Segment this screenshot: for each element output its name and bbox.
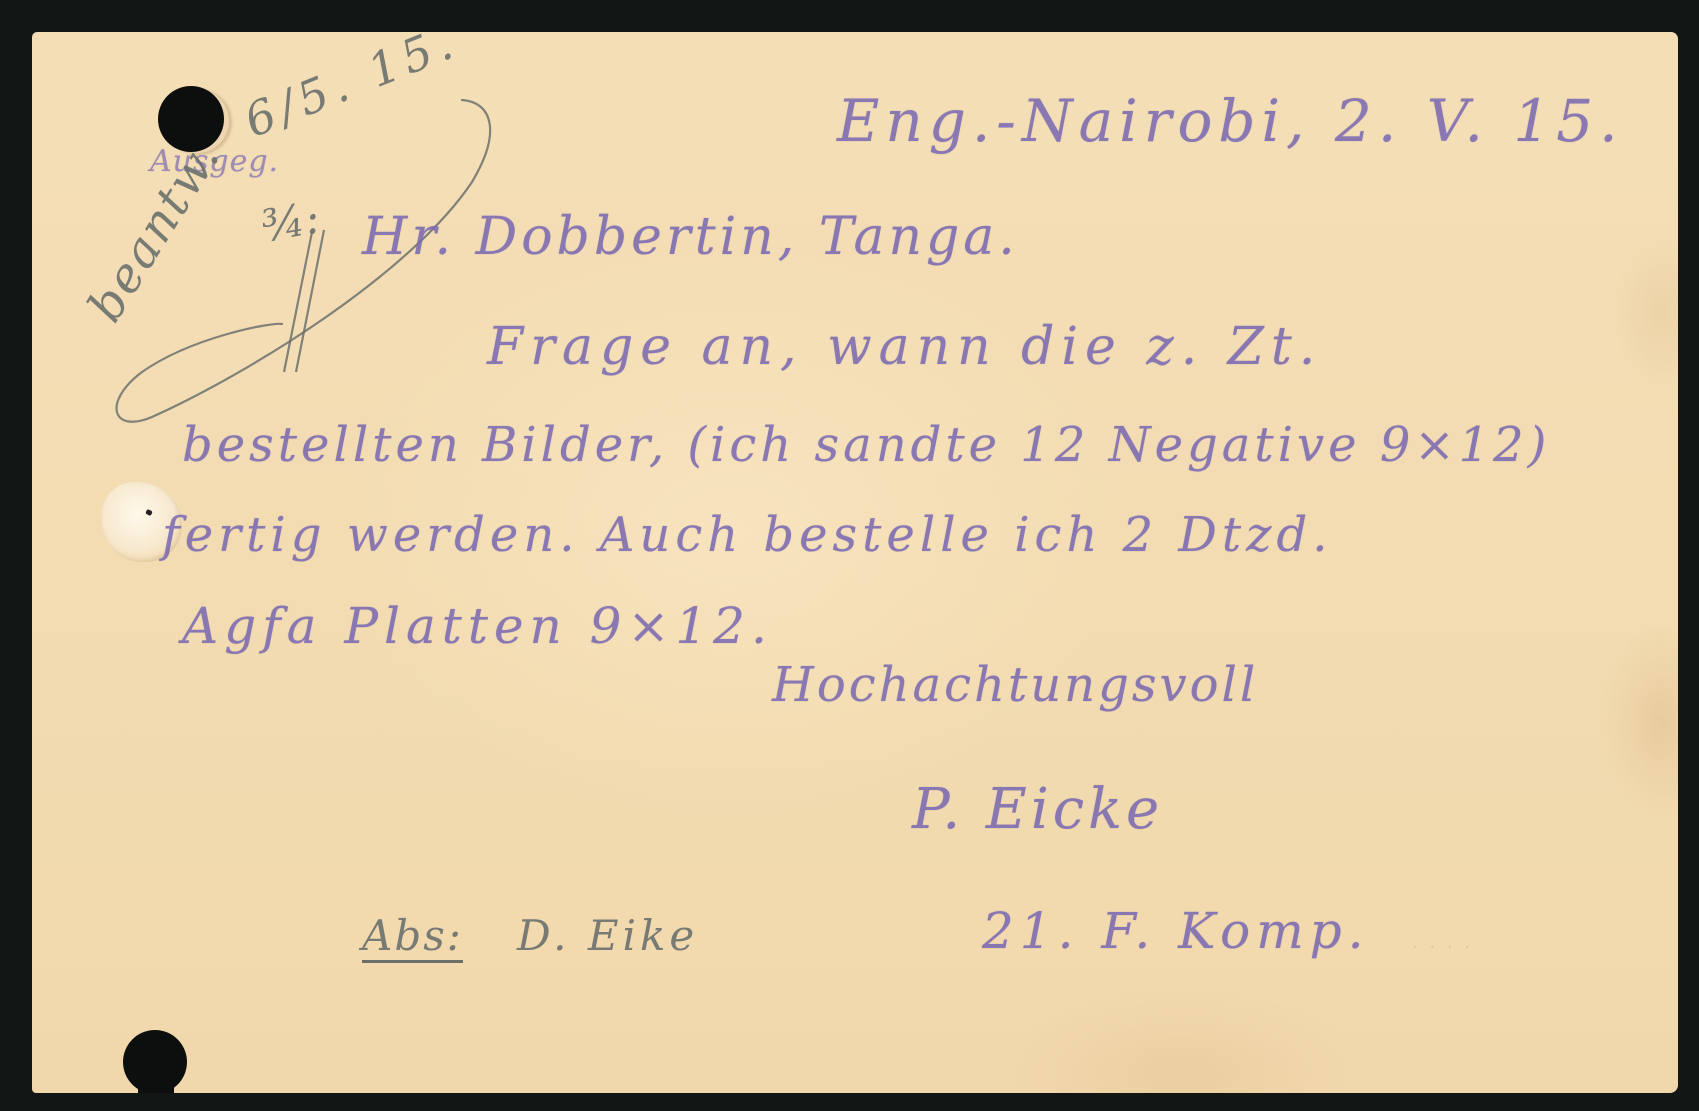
punch-hole-notch — [138, 1072, 174, 1093]
faint-pencil-mark: · · · · — [1412, 937, 1473, 958]
body-line-2: bestellten Bilder, (ich sandte 12 Negati… — [182, 417, 1550, 473]
place-and-date: Eng.-Nairobi, 2. V. 15. — [837, 87, 1624, 155]
sender-name: D. Eike — [517, 912, 698, 960]
body-line-4: Agfa Platten 9×12. — [182, 597, 773, 655]
signature: P. Eicke — [912, 777, 1163, 842]
sender-label: Abs: — [362, 912, 463, 963]
body-line-3: fertig werden. Auch bestelle ich 2 Dtzd. — [162, 507, 1332, 563]
addressee: Hr. Dobbertin, Tanga. — [362, 207, 1019, 267]
scan-background: Ausgeg. beantw. 6/5. 15. ¾: Eng.-Nairobi… — [0, 0, 1699, 1111]
body-line-1: Frage an, wann die z. Zt. — [487, 317, 1322, 377]
closing-phrase: Hochachtungsvoll — [772, 657, 1258, 713]
military-unit: 21. F. Komp. — [982, 902, 1370, 960]
postcard: Ausgeg. beantw. 6/5. 15. ¾: Eng.-Nairobi… — [32, 32, 1678, 1093]
pencil-mark: ¾: — [258, 192, 323, 252]
